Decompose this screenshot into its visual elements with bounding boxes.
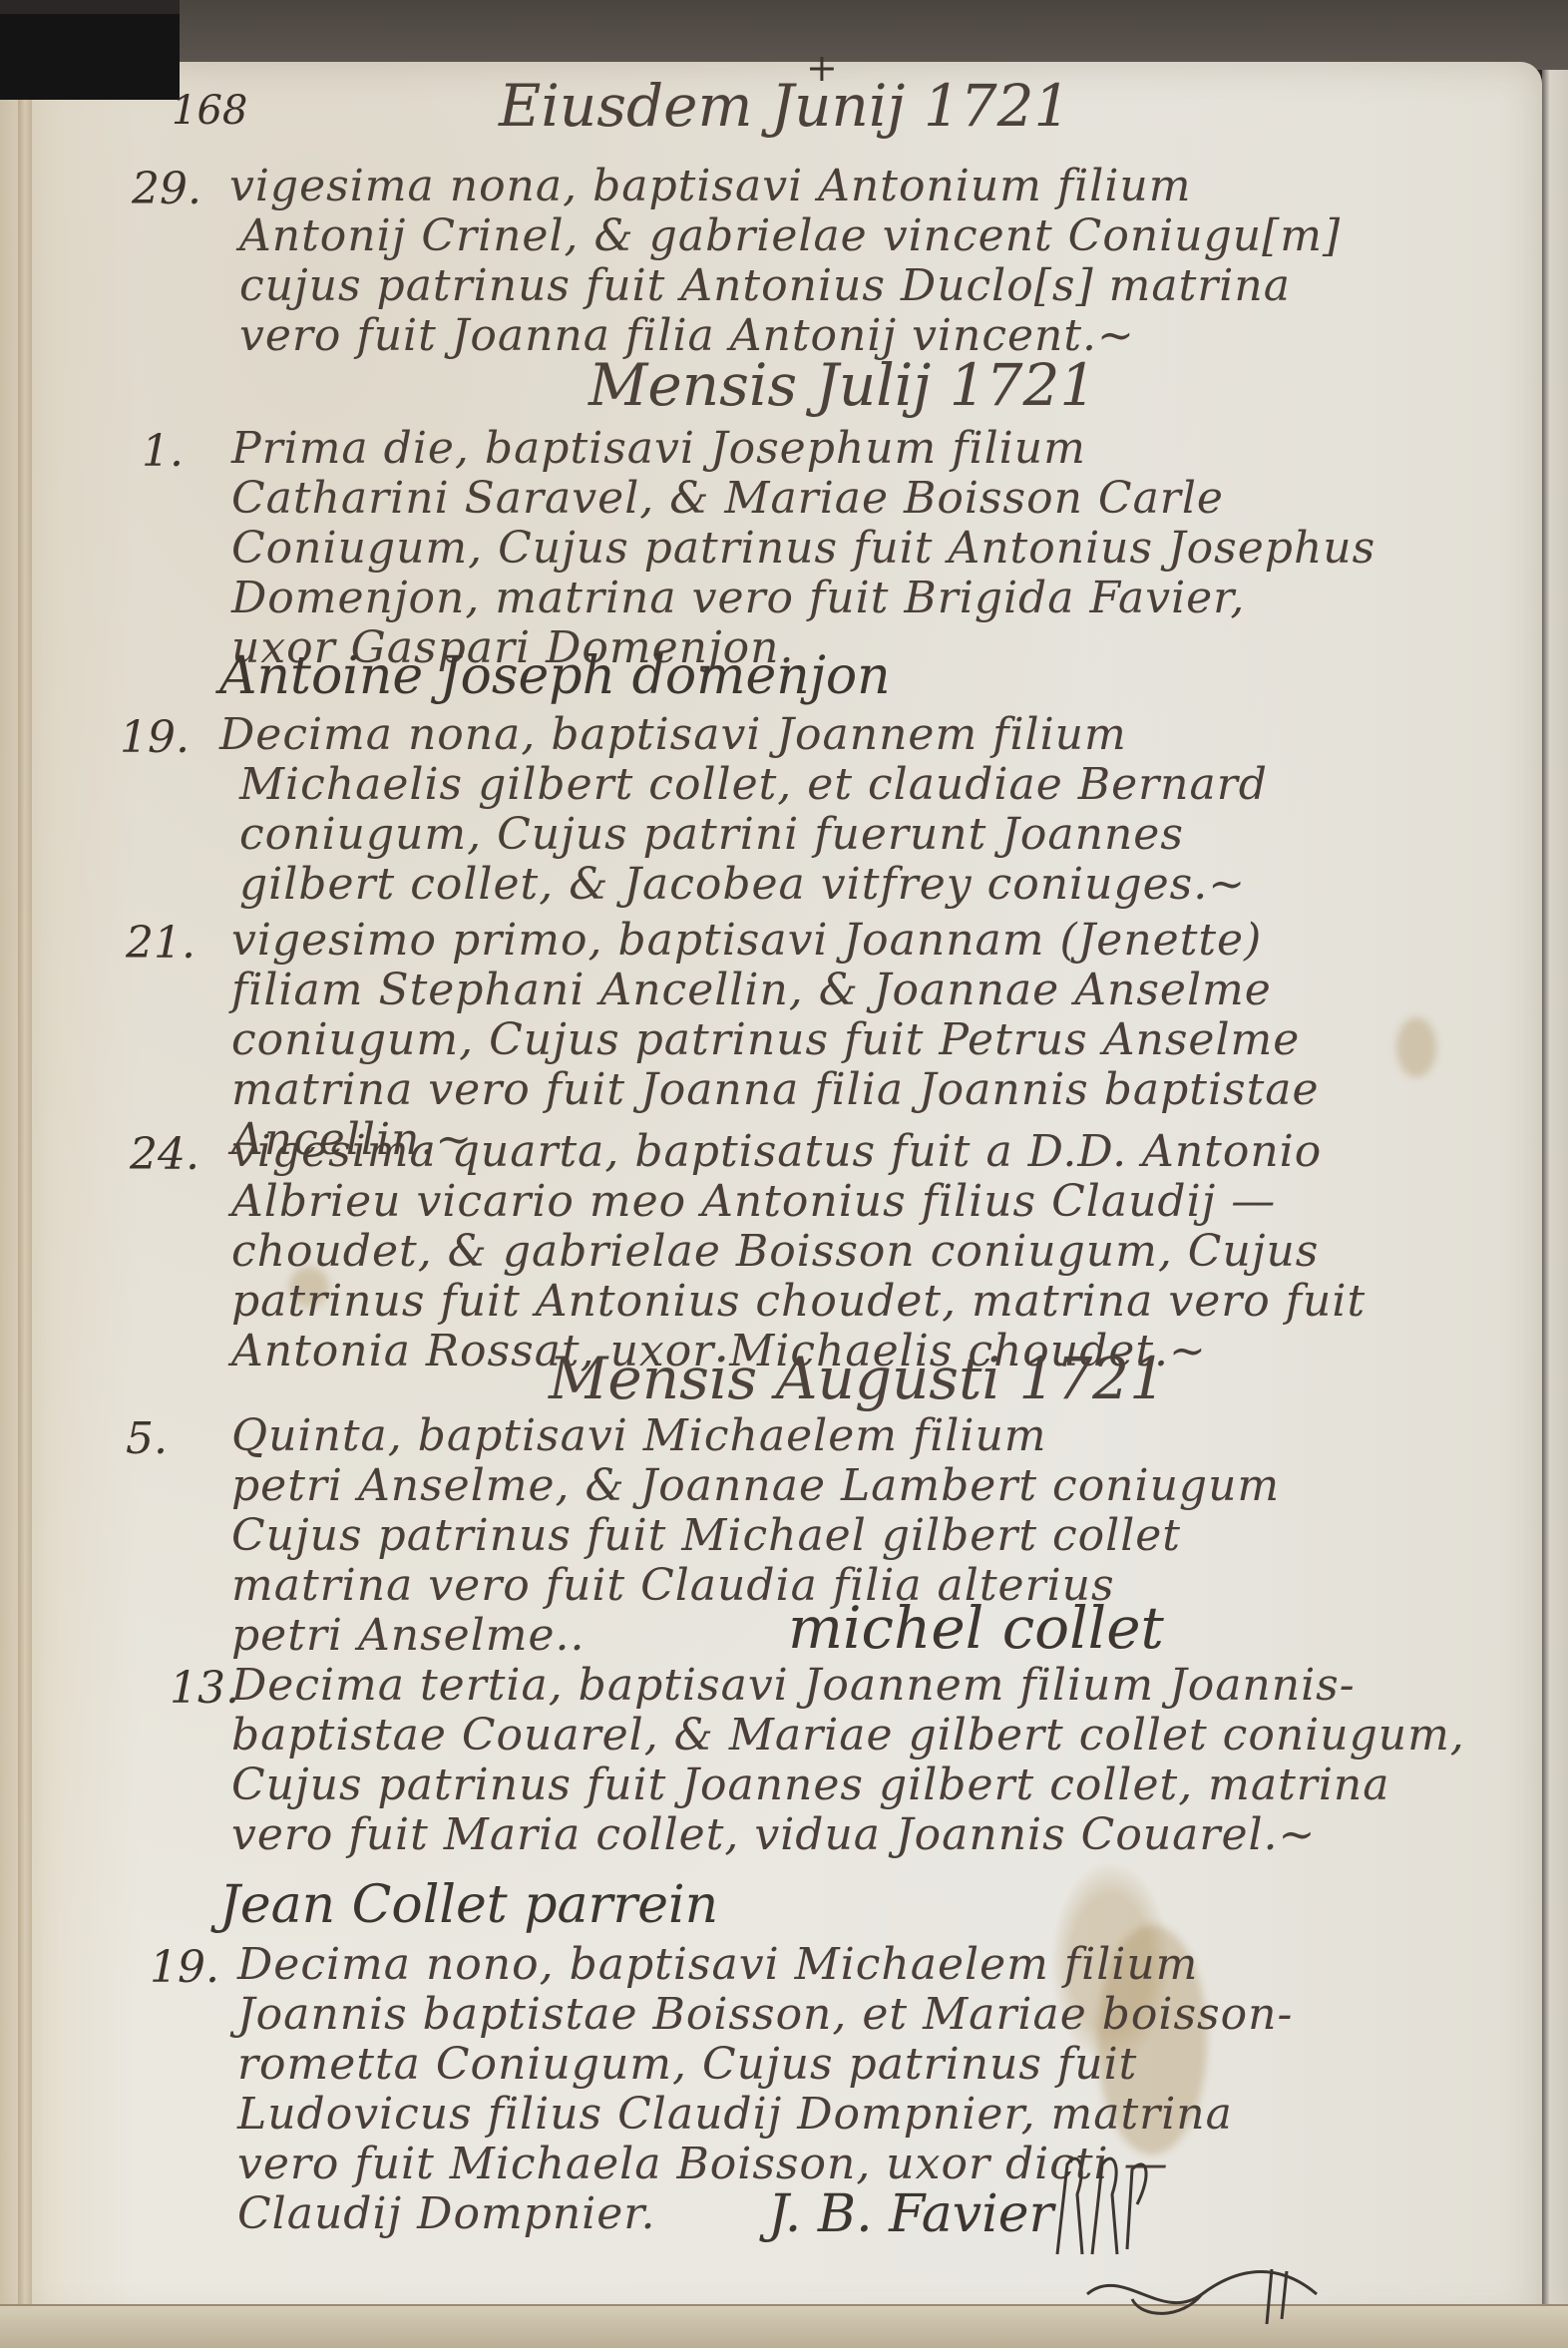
entry-line: choudet, & gabrielae Boisson coniugum, C… (231, 1227, 1538, 1277)
entry-day: 5. (126, 1413, 168, 1464)
section-heading-august: Mensis Augusti 1721 (549, 1345, 1166, 1412)
godparent-signature: michel collet (788, 1594, 1164, 1662)
entry-line: coniugum, Cujus patrinus fuit Petrus Ans… (231, 1015, 1538, 1065)
entry-line: Decima tertia, baptisavi Joannem filium … (231, 1661, 1538, 1711)
entry-line: baptistae Couarel, & Mariae gilbert coll… (231, 1711, 1538, 1761)
entry-text: Decima tertia, baptisavi Joannem filium … (231, 1661, 1538, 1860)
signature-flourish-icon (1082, 2259, 1322, 2329)
entry-line: Catharini Saravel, & Mariae Boisson Carl… (231, 474, 1538, 524)
entry-line: vero fuit Michaela Boisson, uxor dicti — (237, 2140, 1544, 2189)
entry-line: Coniugum, Cujus patrinus fuit Antonius J… (231, 524, 1538, 574)
entry-day: 21. (126, 918, 196, 969)
entry-line: coniugum, Cujus patrini fuerunt Joannes (219, 810, 1526, 860)
entry-line: rometta Coniugum, Cujus patrinus fuit (237, 2040, 1544, 2090)
entry-line: vigesimo primo, baptisavi Joannam (Jenet… (231, 916, 1538, 966)
page-number: 168 (172, 88, 247, 134)
entry-day: 19. (150, 1942, 219, 1993)
entry-day: 13. (170, 1663, 239, 1714)
entry-line: Joannis baptistae Boisson, et Mariae boi… (237, 1990, 1544, 2040)
entry-line: matrina vero fuit Joanna filia Joannis b… (231, 1065, 1538, 1115)
entry-day: 1. (142, 426, 184, 477)
entry-line: vigesima quarta, baptisatus fuit a D.D. … (231, 1127, 1538, 1177)
entry-text: vigesima quarta, baptisatus fuit a D.D. … (231, 1127, 1538, 1376)
entry-day: 19. (120, 712, 190, 763)
entry-line: Cujus patrinus fuit Joannes gilbert coll… (231, 1761, 1538, 1810)
entry-line: Domenjon, matrina vero fuit Brigida Favi… (231, 574, 1538, 623)
entry-line: Albrieu vicario meo Antonius filius Clau… (231, 1177, 1538, 1227)
entry-line: vero fuit Maria collet, vidua Joannis Co… (231, 1810, 1538, 1860)
priest-signature: J. B. Favier (768, 2184, 1053, 2244)
section-heading-july: Mensis Julij 1721 (588, 351, 1096, 419)
entry-line: Prima die, baptisavi Josephum filium (231, 424, 1538, 474)
text-layer: + 168 Eiusdem Junij 1721 29. vigesima no… (0, 0, 1568, 2348)
entry-line: cujus patrinus fuit Antonius Duclo[s] ma… (229, 261, 1536, 311)
entry-line: Antonij Crinel, & gabrielae vincent Coni… (229, 211, 1536, 261)
signature-paraph-icon (1037, 2154, 1157, 2264)
entry-text: vigesima nona, baptisavi Antonium filium… (229, 162, 1536, 361)
section-heading-june: Eiusdem Junij 1721 (499, 72, 1070, 140)
entry-line: petri Anselme, & Joannae Lambert coniugu… (231, 1461, 1538, 1511)
entry-line: Quinta, baptisavi Michaelem filium (231, 1411, 1538, 1461)
entry-line: Ludovicus filius Claudij Dompnier, matri… (237, 2090, 1544, 2140)
godparent-signature: Jean Collet parrein (219, 1875, 718, 1935)
entry-line: vigesima nona, baptisavi Antonium filium (229, 162, 1536, 211)
manuscript-scan: + 168 Eiusdem Junij 1721 29. vigesima no… (0, 0, 1568, 2348)
entry-line: Cujus patrinus fuit Michael gilbert coll… (231, 1511, 1538, 1561)
entry-day: 29. (132, 164, 201, 214)
entry-day: 24. (130, 1129, 199, 1180)
entry-line: Decima nono, baptisavi Michaelem filium (237, 1940, 1544, 1990)
entry-line: Michaelis gilbert collet, et claudiae Be… (219, 760, 1526, 810)
entry-line: gilbert collet, & Jacobea vitfrey coniug… (219, 860, 1526, 910)
entry-line: patrinus fuit Antonius choudet, matrina … (231, 1277, 1538, 1327)
entry-text: Decima nona, baptisavi Joannem filium Mi… (219, 710, 1526, 910)
entry-line: Decima nona, baptisavi Joannem filium (219, 710, 1526, 760)
godparent-signature: Antoine Joseph domenjon (219, 646, 891, 706)
entry-line: filiam Stephani Ancellin, & Joannae Anse… (231, 966, 1538, 1015)
entry-text: Prima die, baptisavi Josephum filium Cat… (231, 424, 1538, 673)
